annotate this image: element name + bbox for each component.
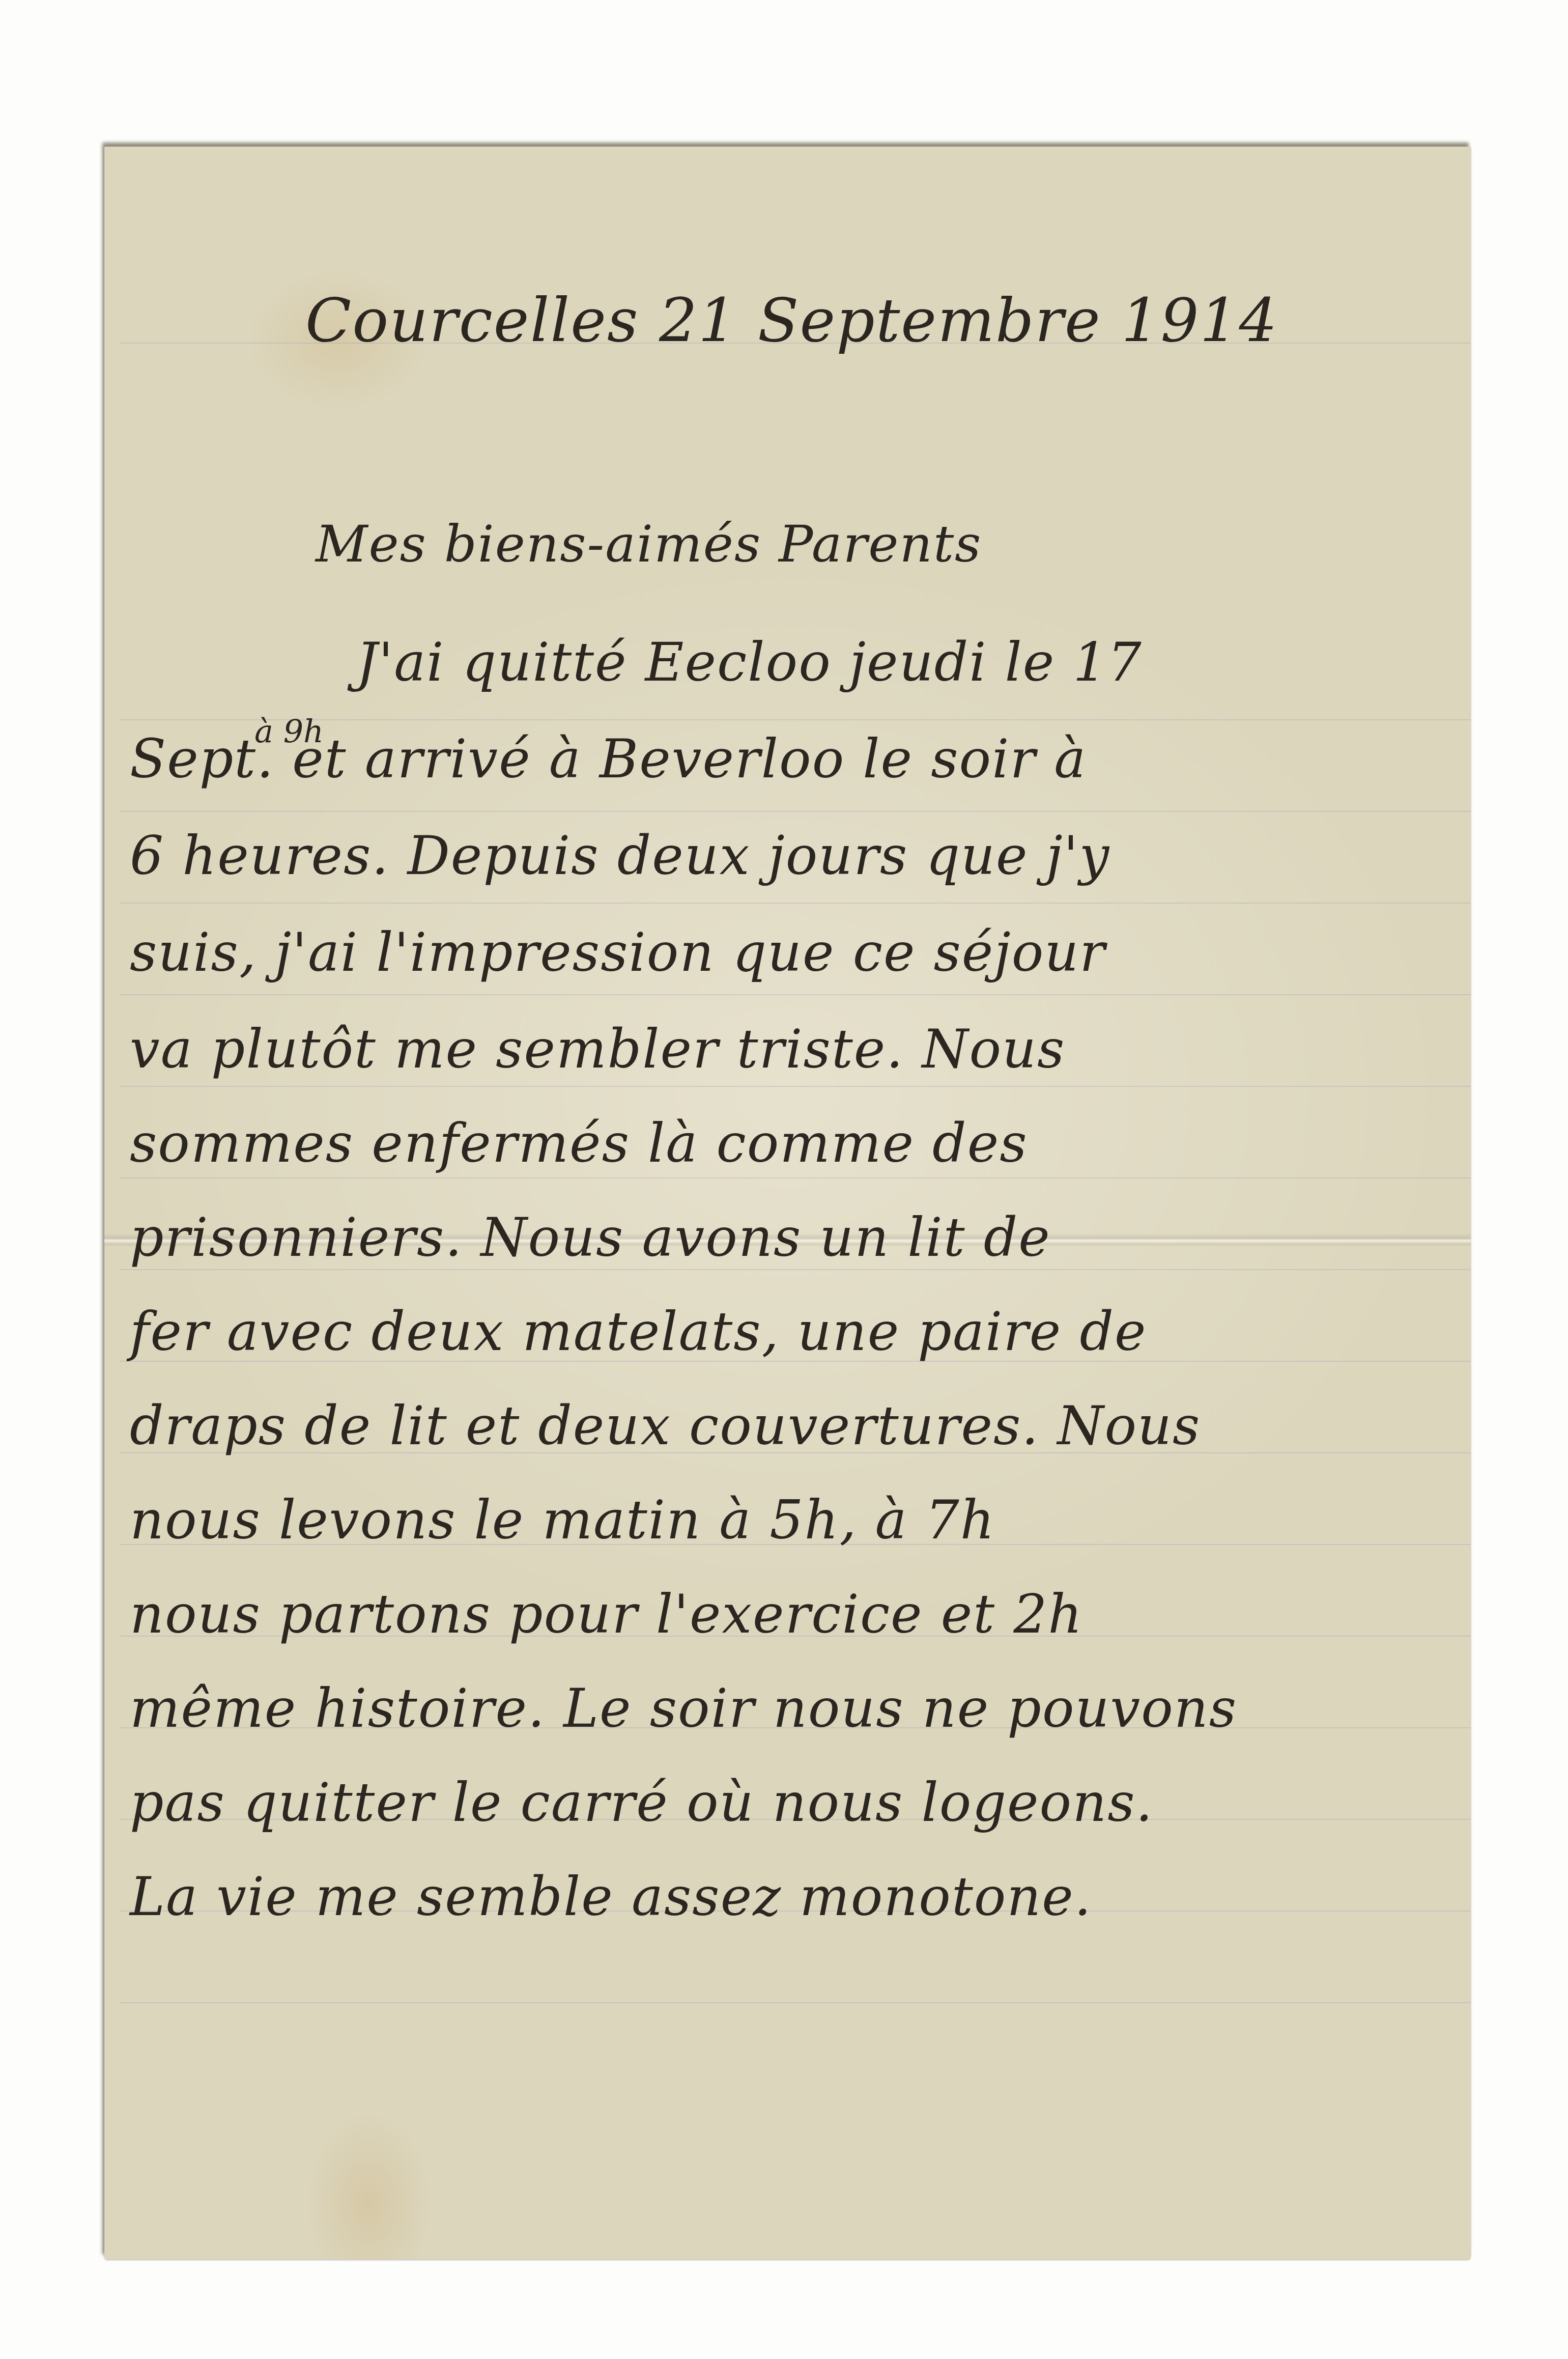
letter-line: même histoire. Le soir nous ne pouvons xyxy=(130,1677,1237,1739)
letter-line: nous levons le matin à 5h, à 7h xyxy=(130,1489,995,1551)
salutation: Mes biens-aimés Parents xyxy=(316,514,982,574)
ruled-line xyxy=(120,1086,1471,1087)
letter-line: sommes enfermés là comme des xyxy=(130,1112,1028,1174)
letter-line: La vie me semble assez monotone. xyxy=(130,1866,1092,1928)
ruled-line xyxy=(120,2002,1471,2003)
letter-line: fer avec deux matelats, une paire de xyxy=(130,1301,1147,1363)
letter-line: pas quitter le carré où nous logeons. xyxy=(130,1772,1154,1834)
letter-line: nous partons pour l'exercice et 2h xyxy=(130,1583,1083,1645)
ruled-line xyxy=(120,1177,1471,1178)
ruled-line xyxy=(120,903,1471,904)
letter-line: J'ai quitté Eecloo jeudi le 17 xyxy=(356,631,1143,693)
letter-page xyxy=(104,147,1471,2259)
letter-line: suis, j'ai l'impression que ce séjour xyxy=(130,921,1106,984)
ruled-line xyxy=(120,994,1471,995)
ruled-line xyxy=(120,811,1471,812)
ruled-line xyxy=(120,1269,1471,1270)
letter-line: prisonniers. Nous avons un lit de xyxy=(130,1206,1051,1269)
letter-line: Sept. et arrivé à Beverloo le soir à xyxy=(130,728,1087,790)
place-date-header: Courcelles 21 Septembre 1914 xyxy=(305,285,1278,355)
letter-line: draps de lit et deux couvertures. Nous xyxy=(130,1395,1201,1457)
letter-line: va plutôt me sembler triste. Nous xyxy=(130,1018,1065,1080)
letter-line: 6 heures. Depuis deux jours que j'y xyxy=(130,825,1110,887)
